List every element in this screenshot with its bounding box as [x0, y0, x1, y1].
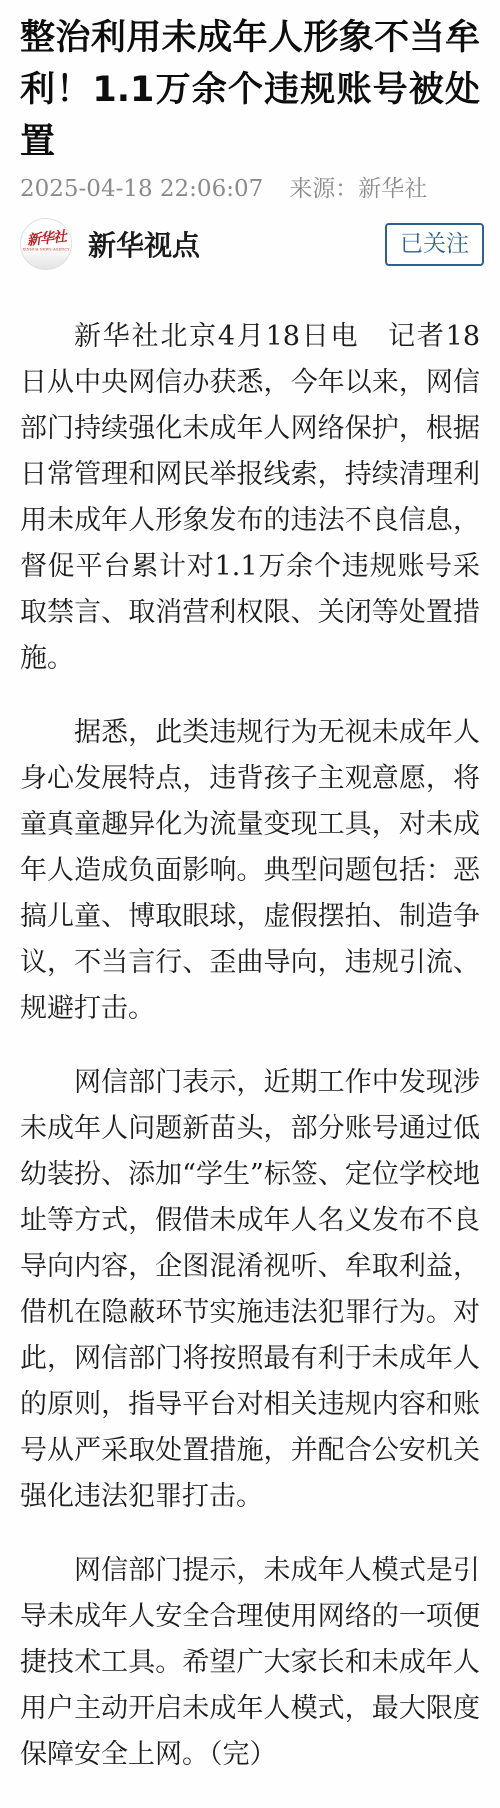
paragraph: 网信部门表示，近期工作中发现涉未成年人问题新苗头，部分账号通过低幼装扮、添加“学… [20, 1060, 480, 1520]
followed-button[interactable]: 已关注 [385, 223, 484, 266]
author-avatar[interactable]: 新华社 XINHUA NEWS AGENCY [20, 218, 72, 270]
paragraph: 网信部门提示，未成年人模式是引导未成年人安全合理使用网络的一项便捷技术工具。希望… [20, 1548, 480, 1778]
author-row: 新华社 XINHUA NEWS AGENCY 新华视点 已关注 [20, 218, 480, 270]
article-meta: 2025-04-18 22:06:07来源：新华社 [20, 174, 480, 204]
source-label: 来源： [289, 176, 358, 202]
article-title: 整治利用未成年人形象不当牟利！1.1万余个违规账号被处置 [20, 12, 480, 168]
author-name[interactable]: 新华视点 [88, 224, 385, 264]
article-page: 整治利用未成年人形象不当牟利！1.1万余个违规账号被处置 2025-04-18 … [0, 0, 500, 1808]
article-body: 新华社北京4月18日电 记者18日从中央网信办获悉，今年以来，网信部门持续强化未… [20, 314, 480, 1778]
xinhua-logo-text: 新华社 [26, 230, 66, 249]
paragraph: 新华社北京4月18日电 记者18日从中央网信办获悉，今年以来，网信部门持续强化未… [20, 314, 480, 682]
source-name: 新华社 [358, 176, 427, 202]
xinhua-logo-subtext: XINHUA NEWS AGENCY [22, 248, 69, 251]
paragraph: 据悉，此类违规行为无视未成年人身心发展特点，违背孩子主观意愿，将童真童趣异化为流… [20, 710, 480, 1032]
publish-datetime: 2025-04-18 22:06:07 [20, 176, 263, 202]
